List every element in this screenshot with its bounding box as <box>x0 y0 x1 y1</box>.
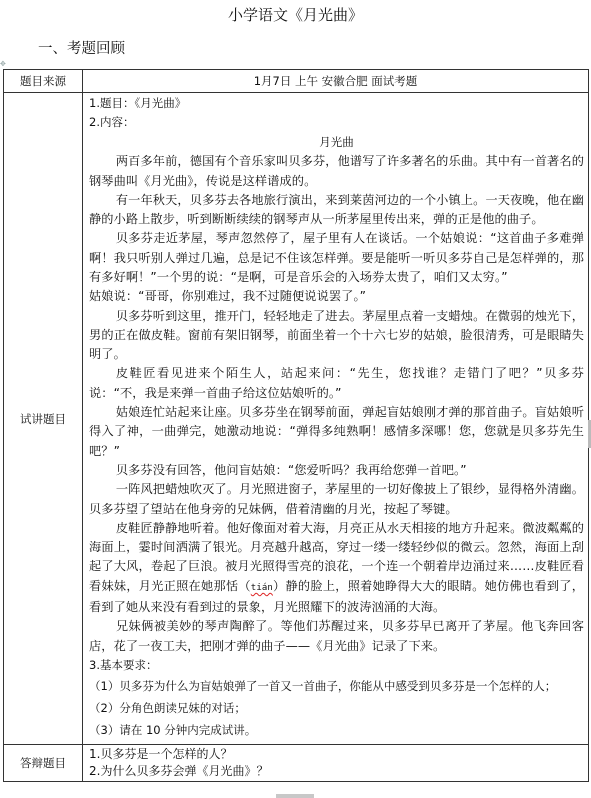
passage-paragraph: 一阵风把蜡烛吹灭了。月光照进窗子，茅屋里的一切好像披上了银纱，显得格外清幽。贝多… <box>89 480 584 519</box>
passage-paragraph: 贝多芬没有回答，他问盲姑娘：“您爱听吗？我再给您弹一首吧。” <box>89 461 584 480</box>
passage-paragraph-with-pinyin: 皮鞋匠静静地听着。他好像面对着大海，月亮正从水天相接的地方升起来。微波粼粼的海面… <box>89 519 584 617</box>
defense-question: 2.为什么贝多芬会弹《月光曲》？ <box>89 763 584 780</box>
horizontal-scrollbar-thumb[interactable] <box>276 794 314 798</box>
label-lecture: 试讲题目 <box>4 93 83 745</box>
lecture-content-cell: 1.题目：《月光曲》 2.内容： 月光曲 两百多年前，德国有个音乐家叫贝多芬，他… <box>83 93 589 745</box>
document-title: 小学语文《月光曲》 <box>0 4 591 26</box>
defense-content-cell: 1.贝多芬是一个怎样的人？ 2.为什么贝多芬会弹《月光曲》？ <box>83 745 589 782</box>
passage-paragraph: 兄妹俩被美妙的琴声陶醉了。等他们苏醒过来，贝多芬早已离开了茅屋。他飞奔回客店，花… <box>89 617 584 656</box>
passage-paragraph: 皮鞋匠看见进来个陌生人，站起来问：“先生，您找谁？走错门了吧？”贝多芬说：“不，… <box>89 364 584 403</box>
table-row-source: 题目来源 1月7日 上午 安徽合肥 面试考题 <box>4 70 589 93</box>
table-row-defense: 答辩题目 1.贝多芬是一个怎样的人？ 2.为什么贝多芬会弹《月光曲》？ <box>4 745 589 782</box>
lecture-item-title: 1.题目：《月光曲》 <box>89 94 584 113</box>
passage-paragraph: 姑娘说：“哥哥，你别难过，我不过随便说说罢了。” <box>89 287 584 306</box>
label-source: 题目来源 <box>4 70 83 93</box>
exam-table: 题目来源 1月7日 上午 安徽合肥 面试考题 试讲题目 1.题目：《月光曲》 2… <box>3 69 589 782</box>
passage-paragraph: 有一年秋天，贝多芬去各地旅行演出，来到莱茵河边的一个小镇上。一天夜晚，他在幽静的… <box>89 191 584 230</box>
pinyin-close-paren: ） <box>273 579 286 593</box>
defense-question: 1.贝多芬是一个怎样的人？ <box>89 746 584 763</box>
requirement-item: （3）请在 10 分钟内完成试讲。 <box>89 719 584 741</box>
lecture-item-requirements: 3.基本要求： <box>89 656 584 675</box>
table-row-lecture: 试讲题目 1.题目：《月光曲》 2.内容： 月光曲 两百多年前，德国有个音乐家叫… <box>4 93 589 745</box>
requirement-item: （2）分角色朗读兄妹的对话； <box>89 697 584 719</box>
passage-paragraph: 两百多年前，德国有个音乐家叫贝多芬，他谱写了许多著名的乐曲。其中有一首著名的钢琴… <box>89 152 584 191</box>
passage-paragraph: 贝多芬听到这里，推开门，轻轻地走了进去。茅屋里点着一支蜡烛。在微弱的烛光下，男的… <box>89 307 584 365</box>
requirement-item: （1）贝多芬为什么为盲姑娘弹了一首又一首曲子，你能从中感受到贝多芬是一个怎样的人… <box>89 675 584 697</box>
pinyin-annotation: tián <box>251 583 273 593</box>
table-move-handle-icon[interactable]: ✥ <box>0 61 7 68</box>
label-defense: 答辩题目 <box>4 745 83 782</box>
pinyin-open-paren: （ <box>238 579 250 593</box>
lecture-item-content: 2.内容： <box>89 113 584 132</box>
source-value: 1月7日 上午 安徽合肥 面试考题 <box>83 70 589 93</box>
passage-paragraph: 贝多芬走近茅屋，琴声忽然停了，屋子里有人在谈话。一个姑娘说：“这首曲子多难弹啊！… <box>89 229 584 287</box>
section-heading: 一、考题回顾 <box>38 38 125 60</box>
passage-title: 月光曲 <box>89 133 584 152</box>
passage-paragraph: 姑娘连忙站起来让座。贝多芬坐在钢琴前面，弹起盲姑娘刚才弹的那首曲子。盲姑娘听得入… <box>89 403 584 461</box>
